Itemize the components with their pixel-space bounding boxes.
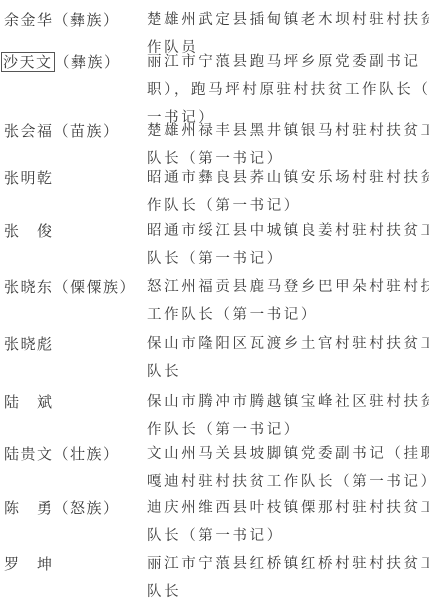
person-name: 罗 坤 bbox=[4, 550, 54, 578]
person-description: 迪庆州维西县叶枝镇傈那村驻村扶贫工作 队长（第一书记） bbox=[147, 494, 427, 550]
person-name: 陆 斌 bbox=[4, 388, 54, 416]
person-name: 张晓东（傈僳族） bbox=[4, 273, 136, 301]
person-name: 张明乾 bbox=[4, 164, 54, 192]
person-name: 张会福（苗族） bbox=[4, 117, 120, 145]
highlighted-name-box: 沙天文 bbox=[1, 52, 55, 72]
person-description: 昭通市绥江县中城镇良姜村驻村扶贫工作 队长（第一书记） bbox=[147, 217, 427, 273]
person-description: 保山市腾冲市腾越镇宝峰社区驻村扶贫工 作队长（第一书记） bbox=[147, 388, 427, 444]
person-description: 昭通市彝良县荞山镇安乐场村驻村扶贫工 作队长（第一书记） bbox=[147, 164, 427, 220]
person-name: 张 俊 bbox=[4, 217, 54, 245]
person-name: 陆贵文（壮族） bbox=[4, 440, 120, 468]
person-name: 余金华（彝族） bbox=[4, 6, 120, 34]
person-description: 丽江市宁蒗县红桥镇红桥村驻村扶贫工作 队长 bbox=[147, 550, 427, 600]
person-name: 陈 勇（怒族） bbox=[4, 494, 120, 522]
person-description: 怒江州福贡县鹿马登乡巴甲朵村驻村扶贫 工作队长（第一书记） bbox=[147, 273, 427, 329]
document-page: 余金华（彝族） 楚雄州武定县插甸镇老木坝村驻村扶贫工 作队员 沙天文（彝族） 丽… bbox=[0, 0, 429, 600]
person-name: 张晓彪 bbox=[4, 330, 54, 358]
person-description: 文山州马关县坡脚镇党委副书记（挂职）、 嘎迪村驻村扶贫工作队长（第一书记） bbox=[147, 440, 427, 496]
person-description: 保山市隆阳区瓦渡乡土官村驻村扶贫工作 队长 bbox=[147, 330, 427, 386]
person-name: 沙天文（彝族） bbox=[4, 48, 121, 76]
